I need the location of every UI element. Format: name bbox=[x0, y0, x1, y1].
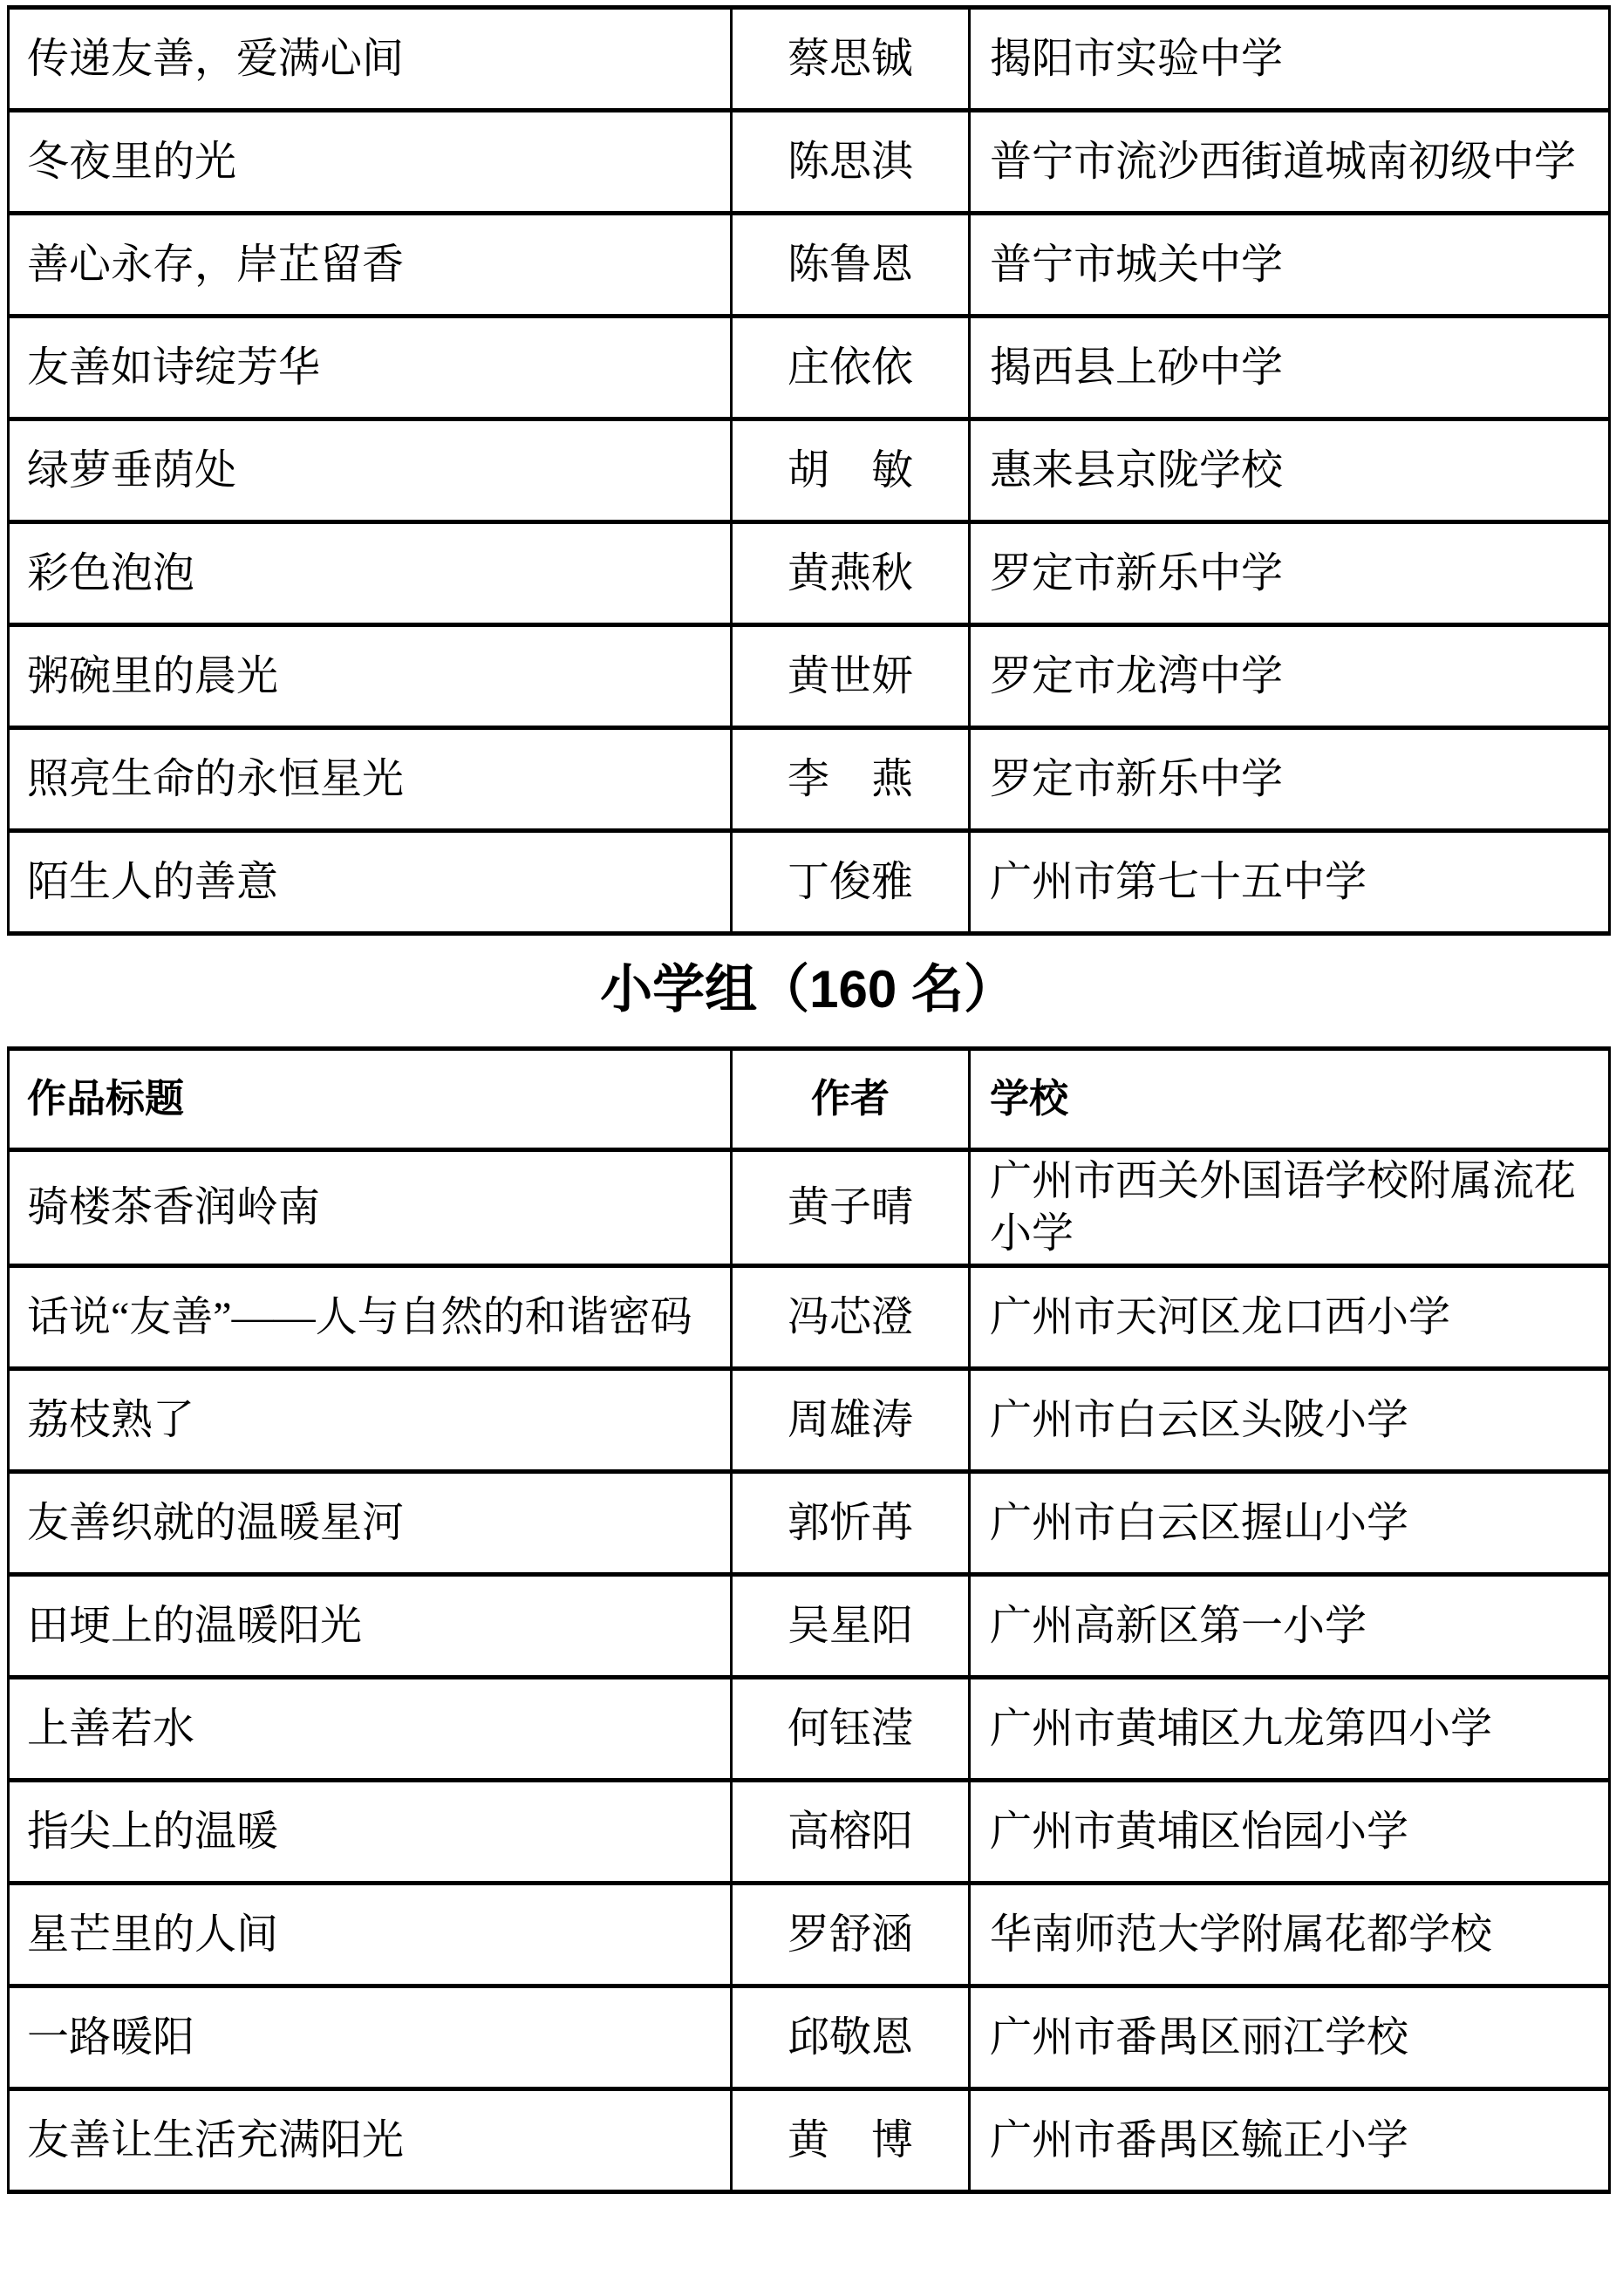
table-row: 传递友善，爱满心间 蔡思铖 揭阳市实验中学 bbox=[9, 8, 1610, 111]
table-row: 指尖上的温暖 高榕阳 广州市黄埔区怡园小学 bbox=[9, 1781, 1610, 1884]
author-cell: 黄燕秋 bbox=[732, 522, 970, 625]
work-title-cell: 田埂上的温暖阳光 bbox=[9, 1575, 732, 1678]
table-row: 粥碗里的晨光 黄世妍 罗定市龙湾中学 bbox=[9, 625, 1610, 728]
school-cell: 广州市番禺区毓正小学 bbox=[970, 2089, 1610, 2192]
school-cell: 普宁市城关中学 bbox=[970, 214, 1610, 317]
author-cell: 陈思淇 bbox=[732, 111, 970, 214]
author-cell: 庄依依 bbox=[732, 317, 970, 419]
work-title-cell: 友善让生活充满阳光 bbox=[9, 2089, 732, 2192]
school-cell: 广州市天河区龙口西小学 bbox=[970, 1266, 1610, 1369]
table-row: 田埂上的温暖阳光 吴星阳 广州高新区第一小学 bbox=[9, 1575, 1610, 1678]
table-row: 骑楼茶香润岭南 黄子晴 广州市西关外国语学校附属流花小学 bbox=[9, 1150, 1610, 1266]
work-title-cell: 传递友善，爱满心间 bbox=[9, 8, 732, 111]
school-cell: 广州市番禺区丽江学校 bbox=[970, 1986, 1610, 2089]
work-title-cell: 友善如诗绽芳华 bbox=[9, 317, 732, 419]
school-cell: 普宁市流沙西街道城南初级中学 bbox=[970, 111, 1610, 214]
author-cell: 何钰滢 bbox=[732, 1678, 970, 1781]
author-cell: 罗舒涵 bbox=[732, 1884, 970, 1986]
table-row: 绿萝垂荫处 胡 敏 惠来县京陇学校 bbox=[9, 419, 1610, 522]
table-row: 上善若水 何钰滢 广州市黄埔区九龙第四小学 bbox=[9, 1678, 1610, 1781]
school-cell: 揭西县上砂中学 bbox=[970, 317, 1610, 419]
middle-school-awards-table: 传递友善，爱满心间 蔡思铖 揭阳市实验中学 冬夜里的光 陈思淇 普宁市流沙西街道… bbox=[7, 5, 1611, 936]
school-cell: 广州市第七十五中学 bbox=[970, 831, 1610, 934]
work-title-cell: 友善织就的温暖星河 bbox=[9, 1472, 732, 1575]
table-row: 友善如诗绽芳华 庄依依 揭西县上砂中学 bbox=[9, 317, 1610, 419]
author-cell: 邱敬恩 bbox=[732, 1986, 970, 2089]
author-cell: 李 燕 bbox=[732, 728, 970, 831]
primary-school-awards-table: 作品标题 作者 学校 骑楼茶香润岭南 黄子晴 广州市西关外国语学校附属流花小学 … bbox=[7, 1046, 1611, 2194]
work-title-cell: 善心永存，岸芷留香 bbox=[9, 214, 732, 317]
work-title-cell: 话说“友善”——人与自然的和谐密码 bbox=[9, 1266, 732, 1369]
school-cell: 广州市白云区握山小学 bbox=[970, 1472, 1610, 1575]
table-row: 照亮生命的永恒星光 李 燕 罗定市新乐中学 bbox=[9, 728, 1610, 831]
middle-school-table-body: 传递友善，爱满心间 蔡思铖 揭阳市实验中学 冬夜里的光 陈思淇 普宁市流沙西街道… bbox=[9, 8, 1610, 934]
group-heading: 小学组（160 名） bbox=[7, 951, 1609, 1027]
author-cell: 黄世妍 bbox=[732, 625, 970, 728]
primary-school-table-body: 骑楼茶香润岭南 黄子晴 广州市西关外国语学校附属流花小学 话说“友善”——人与自… bbox=[9, 1150, 1610, 2192]
school-cell: 揭阳市实验中学 bbox=[970, 8, 1610, 111]
table-row: 友善织就的温暖星河 郭忻苒 广州市白云区握山小学 bbox=[9, 1472, 1610, 1575]
table-row: 陌生人的善意 丁俊雅 广州市第七十五中学 bbox=[9, 831, 1610, 934]
header-school: 学校 bbox=[970, 1049, 1610, 1150]
work-title-cell: 粥碗里的晨光 bbox=[9, 625, 732, 728]
work-title-cell: 荔枝熟了 bbox=[9, 1369, 732, 1472]
author-cell: 冯芯澄 bbox=[732, 1266, 970, 1369]
table-row: 冬夜里的光 陈思淇 普宁市流沙西街道城南初级中学 bbox=[9, 111, 1610, 214]
author-cell: 陈鲁恩 bbox=[732, 214, 970, 317]
school-cell: 广州市黄埔区九龙第四小学 bbox=[970, 1678, 1610, 1781]
document-page: 传递友善，爱满心间 蔡思铖 揭阳市实验中学 冬夜里的光 陈思淇 普宁市流沙西街道… bbox=[0, 0, 1616, 2194]
school-cell: 华南师范大学附属花都学校 bbox=[970, 1884, 1610, 1986]
work-title-cell: 骑楼茶香润岭南 bbox=[9, 1150, 732, 1266]
author-cell: 黄 博 bbox=[732, 2089, 970, 2192]
author-cell: 蔡思铖 bbox=[732, 8, 970, 111]
author-cell: 高榕阳 bbox=[732, 1781, 970, 1884]
school-cell: 惠来县京陇学校 bbox=[970, 419, 1610, 522]
author-cell: 丁俊雅 bbox=[732, 831, 970, 934]
work-title-cell: 指尖上的温暖 bbox=[9, 1781, 732, 1884]
primary-school-table-header: 作品标题 作者 学校 bbox=[9, 1049, 1610, 1150]
header-work-title: 作品标题 bbox=[9, 1049, 732, 1150]
work-title-cell: 星芒里的人间 bbox=[9, 1884, 732, 1986]
work-title-cell: 彩色泡泡 bbox=[9, 522, 732, 625]
work-title-cell: 冬夜里的光 bbox=[9, 111, 732, 214]
header-author: 作者 bbox=[732, 1049, 970, 1150]
table-row: 友善让生活充满阳光 黄 博 广州市番禺区毓正小学 bbox=[9, 2089, 1610, 2192]
table-row: 一路暖阳 邱敬恩 广州市番禺区丽江学校 bbox=[9, 1986, 1610, 2089]
school-cell: 广州市西关外国语学校附属流花小学 bbox=[970, 1150, 1610, 1266]
school-cell: 广州市白云区头陂小学 bbox=[970, 1369, 1610, 1472]
school-cell: 广州市黄埔区怡园小学 bbox=[970, 1781, 1610, 1884]
table-row: 星芒里的人间 罗舒涵 华南师范大学附属花都学校 bbox=[9, 1884, 1610, 1986]
work-title-cell: 上善若水 bbox=[9, 1678, 732, 1781]
author-cell: 周雄涛 bbox=[732, 1369, 970, 1472]
work-title-cell: 照亮生命的永恒星光 bbox=[9, 728, 732, 831]
table-row: 彩色泡泡 黄燕秋 罗定市新乐中学 bbox=[9, 522, 1610, 625]
work-title-cell: 一路暖阳 bbox=[9, 1986, 732, 2089]
table-row: 善心永存，岸芷留香 陈鲁恩 普宁市城关中学 bbox=[9, 214, 1610, 317]
table-header-row: 作品标题 作者 学校 bbox=[9, 1049, 1610, 1150]
work-title-cell: 陌生人的善意 bbox=[9, 831, 732, 934]
work-title-cell: 绿萝垂荫处 bbox=[9, 419, 732, 522]
author-cell: 吴星阳 bbox=[732, 1575, 970, 1678]
school-cell: 广州高新区第一小学 bbox=[970, 1575, 1610, 1678]
table-row: 话说“友善”——人与自然的和谐密码 冯芯澄 广州市天河区龙口西小学 bbox=[9, 1266, 1610, 1369]
school-cell: 罗定市新乐中学 bbox=[970, 522, 1610, 625]
author-cell: 郭忻苒 bbox=[732, 1472, 970, 1575]
author-cell: 胡 敏 bbox=[732, 419, 970, 522]
school-cell: 罗定市龙湾中学 bbox=[970, 625, 1610, 728]
table-row: 荔枝熟了 周雄涛 广州市白云区头陂小学 bbox=[9, 1369, 1610, 1472]
author-cell: 黄子晴 bbox=[732, 1150, 970, 1266]
school-cell: 罗定市新乐中学 bbox=[970, 728, 1610, 831]
